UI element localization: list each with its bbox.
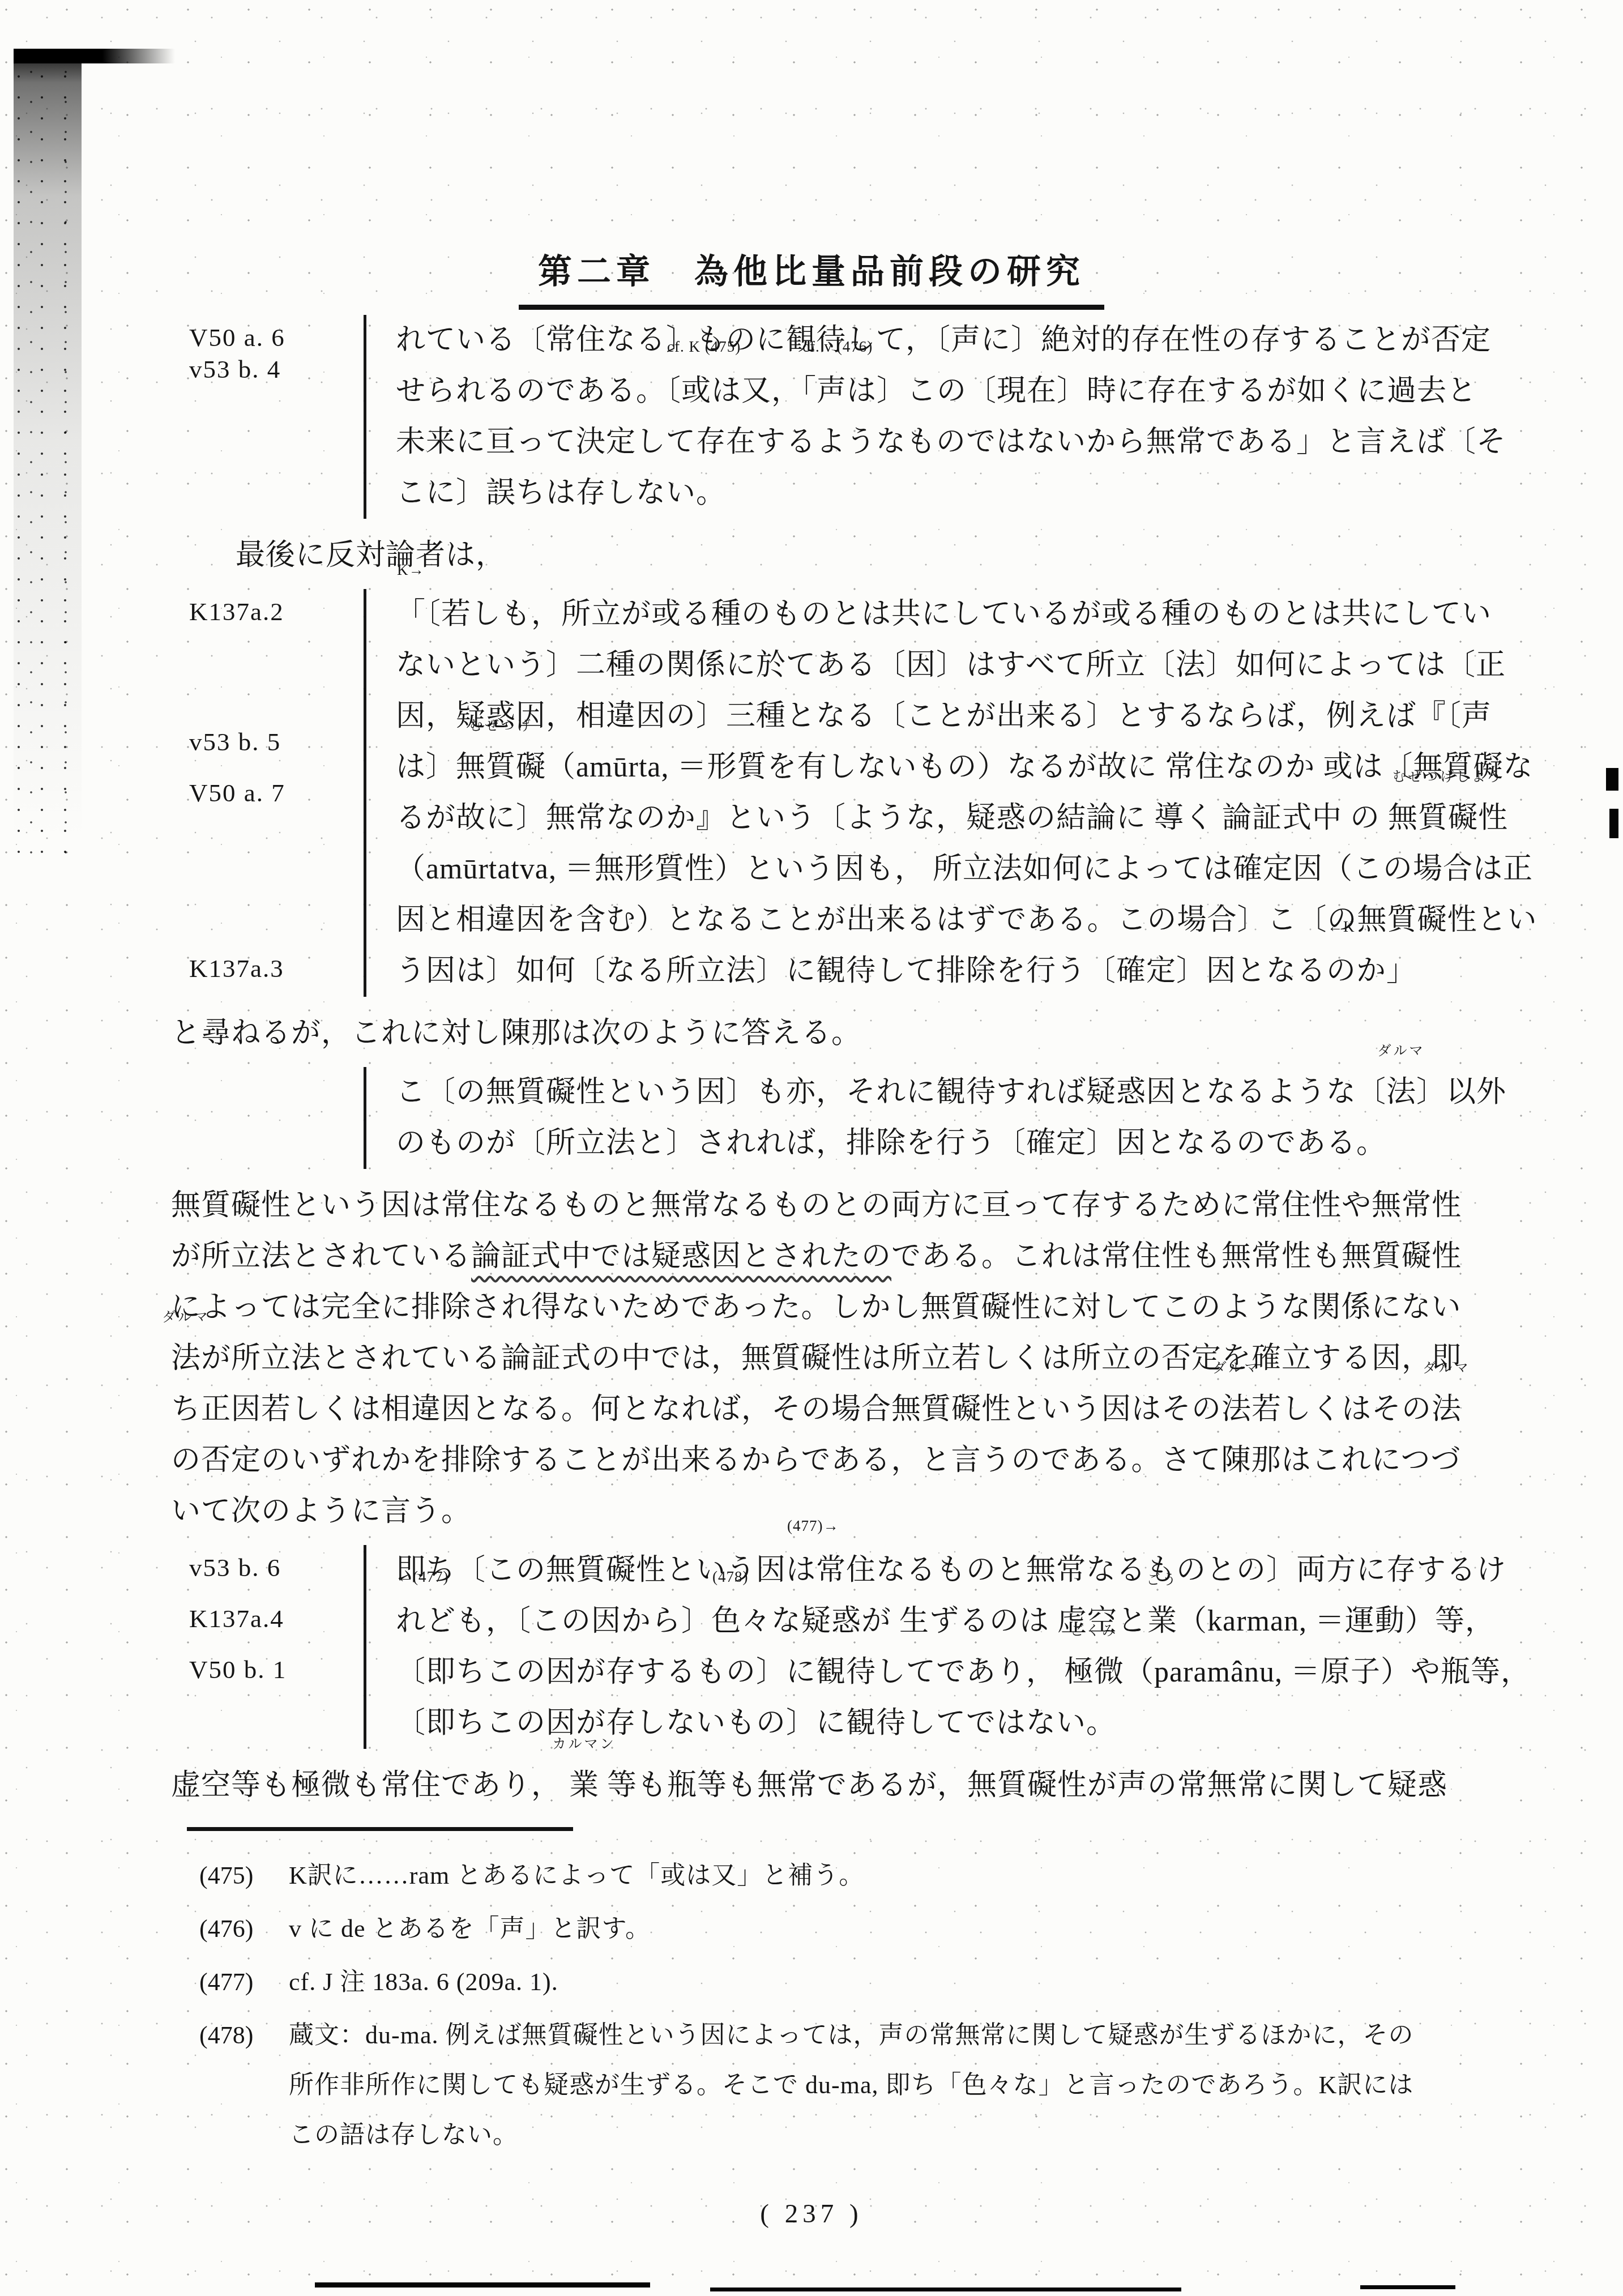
text-segment: （paramânu, ＝原子）や瓶等， <box>1124 1656 1531 1688</box>
text-line: 因と相違因を含む）となることが出来るはずである。この場合〕こ〔の無質礙性とい <box>396 895 1623 946</box>
quoted-passage-block: V50 a. 6v53 b. 4れている〔常住なる〕ものに観待して，〔声に〕絶対… <box>0 315 1623 519</box>
quoted-passage-block: v53 b. 6K137a.4V50 b. 1即ち〔この無質礙性という因(477… <box>0 1545 1623 1749</box>
chapter-title: 第二章 為他比量品前段の研究 <box>519 245 1104 310</box>
text-segment: が所立法とされている論証式の中では，無質礙性は所立若しくは所立の否定を確立する因… <box>201 1342 1462 1375</box>
text-segment: れている〔常住なる〕ものに観待して，〔声に〕絶対的存在性の存することが否定 <box>396 324 1491 356</box>
footnote-item: (476)v に de とあるを「声」と訳す。 <box>0 1904 1623 1954</box>
ruby-annotation: カルマン <box>553 1719 616 1770</box>
ruby-annotation: ダルマ <box>1213 1343 1261 1394</box>
scanned-book-page: 第二章 為他比量品前段の研究 V50 a. 6v53 b. 4れている〔常住なる… <box>0 0 1623 2296</box>
ruby-annotated-text: 無質礙むぜつげ <box>456 751 546 783</box>
footnote-number: (476) <box>199 1904 253 1954</box>
text-line: 未来に亘って決定して存在するようなものではないから無常である」と言えば〔そ <box>396 417 1623 468</box>
text-line: こに〕誤ちは存しない。 <box>396 468 1623 519</box>
pencil-underlined-text: 論証式中では疑惑因とされたの <box>471 1240 891 1273</box>
scan-artifact-right-dash <box>1609 809 1618 838</box>
footnote-text: K訳に……ram とあるによって「或は又」と補う。 <box>289 1851 1623 1901</box>
text-segment: 虚空等も極微も常住であり， <box>171 1769 569 1802</box>
text-lines: 虚空等も極微も常住であり， 業カルマン 等も瓶等も無常であるが，無質礙性が声の常… <box>0 1760 1623 1811</box>
text-line: （amūrtatva, ＝無形質性）という因も， 所立法如何によっては確定因（こ… <box>396 844 1623 895</box>
ruby-annotated-text: 法ダルマ <box>1432 1393 1462 1426</box>
text-line: 最後に反対論者は， <box>236 530 1623 581</box>
text-segment: 因，疑惑因，相違因の〕三種となる〔ことが出来る〕とするならば，例えば『〔声 <box>396 700 1492 732</box>
text-segment: によっては完全に排除され得ないためであった。しかし無質礙性に対してこのような関係… <box>171 1291 1461 1324</box>
footnote-item: (478)蔵文：du-ma. 例えば無質礙性という因によっては，声の常無常に関し… <box>0 2011 1623 2160</box>
text-segment: う因は〕如何〔なる所立法〕に観待して排除を行う〔確定〕因となる <box>396 955 1326 987</box>
text-line: ←(477)れども，〔この因から〕(478)色々な疑惑が 生ずるのは 虚空と業ご… <box>396 1596 1623 1647</box>
text-segment: 未来に亘って決定して存在するようなものではないから無常である」と言えば〔そ <box>396 426 1506 458</box>
text-segment: いて次のように言う。 <box>171 1495 471 1527</box>
margin-reference-label: K137a.3 <box>189 954 284 983</box>
text-segment: こ〔の無質礙性という因〕も亦，それに観待すれば疑惑因となるような〔 <box>396 1076 1386 1108</box>
page-number: ( 237 ) <box>0 2199 1623 2229</box>
text-segment: 若しくはその <box>1252 1393 1432 1426</box>
text-lines: 無質礙性という因は常住なるものと無常なるものとの両方に亘って存するために常住性や… <box>0 1180 1623 1537</box>
superscript-reference: cf. K (475) <box>667 321 741 372</box>
footnotes-area: (475)K訳に……ram とあるによって「或は又」と補う。(476)v に d… <box>0 1851 1623 2163</box>
text-line: いて次のように言う。 <box>171 1486 1623 1537</box>
superscript-reference: ←(477) <box>397 1551 449 1602</box>
margin-reference-label: V50 a. 7 <box>189 778 285 808</box>
text-segment: こに〕誤ちは存しない。 <box>396 477 726 509</box>
scan-artifact-bottom-line <box>710 2288 1181 2291</box>
text-line: こ〔の無質礙性という因〕も亦，それに観待すれば疑惑因となるような〔法ダルマ〕以外 <box>396 1067 1623 1118</box>
margin-reference-label: v53 b. 6 <box>189 1553 281 1582</box>
footnote-text: cf. J 注 183a. 6 (209a. 1). <box>289 1957 1623 2007</box>
text-line: ち正因若しくは相違因となる。何となれば，その場合無質礙性という因はその法ダルマ若… <box>171 1384 1623 1435</box>
text-segment: 〔即ちこの因が存しないもの〕に観待してではない。 <box>396 1707 1116 1739</box>
text-segment: ち正因若しくは相違因となる。何となれば，その場合無質礙性という因はその <box>171 1393 1221 1426</box>
ruby-annotated-text: 業ごう <box>1147 1605 1177 1637</box>
text-segment: るが故に〕無常なのか』という〔ような，疑惑の結論に 導く 論証式中 の <box>396 802 1388 834</box>
quoted-passage-block: K137a.2v53 b. 5V50 a. 7K137a.3K→「〔若しも，所立… <box>0 589 1623 997</box>
text-segment: 無質礙性という因は常住なるものと無常なるものとの両方に亘って存するために常住性や… <box>171 1189 1462 1222</box>
margin-reference-label: v53 b. 4 <box>189 355 281 384</box>
footnote-separator <box>187 1827 573 1831</box>
text-line: せられるのである。cf. K (475)〔或は又，cf. v (476)「声は〕… <box>396 366 1623 417</box>
scan-artifact-right-dash <box>1606 768 1618 791</box>
margin-reference-label: K137a.2 <box>189 597 284 626</box>
text-segment: ないという〕二種の関係に於てある〔因〕はすべて所立〔法〕如何によっては〔正 <box>396 649 1506 681</box>
text-lines: こ〔の無質礙性という因〕も亦，それに観待すれば疑惑因となるような〔法ダルマ〕以外… <box>364 1067 1623 1169</box>
body-text-area: V50 a. 6v53 b. 4れている〔常住なる〕ものに観待して，〔声に〕絶対… <box>0 315 1623 1819</box>
margin-reference-label: v53 b. 5 <box>189 727 281 757</box>
text-line: が所立法とされている論証式中では疑惑因とされたのである。これは常住性も無常性も無… <box>171 1231 1623 1282</box>
text-line: 法ダルマが所立法とされている論証式の中では，無質礙性は所立若しくは所立の否定を確… <box>171 1333 1623 1384</box>
text-segment: 「声は〕この〔現在〕時に存在するが如くに過去と <box>801 375 1477 407</box>
ruby-annotated-text: 業カルマン <box>569 1769 599 1802</box>
text-line: K→「〔若しも，所立が或る種のものとは共にしているが或る種のものとは共にしてい <box>396 589 1623 640</box>
ruby-annotated-text: 法ダルマ <box>171 1342 201 1375</box>
ruby-annotation: ダルマ <box>1423 1343 1471 1394</box>
quoted-passage-block: こ〔の無質礙性という因〕も亦，それに観待すれば疑惑因となるような〔法ダルマ〕以外… <box>0 1067 1623 1169</box>
footnote-line: 蔵文：du-ma. 例えば無質礙性という因によっては，声の常無常に関して疑惑が生… <box>289 2011 1623 2060</box>
text-line: の否定のいずれかを排除することが出来るからである，と言うのである。さて陳那はこれ… <box>171 1435 1623 1486</box>
text-line: るが故に〕無常なのか』という〔ような，疑惑の結論に 導く 論証式中 の 無質礙性… <box>396 793 1623 844</box>
text-line: 因，疑惑因，相違因の〕三種となる〔ことが出来る〕とするならば，例えば『〔声 <box>396 691 1623 742</box>
text-segment: 最後に反対論者は， <box>236 539 506 571</box>
footnote-number: (475) <box>199 1851 253 1901</box>
superscript-reference: cf. v (476) <box>802 321 873 372</box>
footnote-item: (475)K訳に……ram とあるによって「或は又」と補う。 <box>0 1851 1623 1901</box>
paragraph-block: 虚空等も極微も常住であり， 業カルマン 等も瓶等も無常であるが，無質礙性が声の常… <box>0 1760 1623 1811</box>
text-segment: の否定のいずれかを排除することが出来るからである，と言うのである。さて陳那はこれ… <box>171 1444 1460 1476</box>
footnote-line: K訳に……ram とあるによって「或は又」と補う。 <box>289 1851 1623 1901</box>
superscript-reference: K→ <box>397 544 425 595</box>
scan-artifact-bottom-line <box>1360 2285 1455 2289</box>
footnote-item: (477)cf. J 注 183a. 6 (209a. 1). <box>0 1957 1623 2007</box>
ruby-annotation: ダルマ <box>163 1292 210 1343</box>
ruby-annotated-text: 法ダルマ <box>1386 1076 1416 1108</box>
superscript-reference: ←K <box>1327 901 1355 952</box>
text-line: 〔即ちこの因が存するもの〕に観待してであり， 極微ごくみ（paramânu, ＝… <box>396 1647 1623 1698</box>
superscript-reference: (477)→ <box>787 1500 839 1551</box>
ruby-annotated-text: 法ダルマ <box>1221 1393 1252 1426</box>
footnote-line: v に de とあるを「声」と訳す。 <box>289 1904 1623 1954</box>
text-segment: （karman, ＝運動）等， <box>1177 1605 1495 1637</box>
text-segment: が所立法とされている <box>171 1240 471 1273</box>
footnote-line: cf. J 注 183a. 6 (209a. 1). <box>289 1957 1623 2007</box>
chapter-header: 第二章 為他比量品前段の研究 <box>0 245 1623 310</box>
text-segment: は〕 <box>396 751 456 783</box>
footnote-text: 蔵文：du-ma. 例えば無質礙性という因によっては，声の常無常に関して疑惑が生… <box>289 2011 1623 2160</box>
footnote-number: (478) <box>199 2011 253 2060</box>
text-segment: 因と相違因を含む）となることが出来るはずである。この場合〕こ〔の無質礙性とい <box>396 904 1537 936</box>
paragraph-block: 無質礙性という因は常住なるものと無常なるものとの両方に亘って存するために常住性や… <box>0 1180 1623 1537</box>
margin-reference-label: V50 b. 1 <box>189 1655 287 1684</box>
text-lines: K→「〔若しも，所立が或る種のものとは共にしているが或る種のものとは共にしていな… <box>364 589 1623 997</box>
superscript-reference: (478) <box>712 1551 748 1602</box>
text-segment: （amūrta, ＝形質を有しないもの）なるが故に 常住なのか 或は〔無質礙な <box>546 751 1533 783</box>
margin-reference-label: V50 a. 6 <box>189 323 285 352</box>
paragraph-block: 最後に反対論者は， <box>0 530 1623 581</box>
footnote-line: 所作非所作に関しても疑惑が生ずる。そこで du-ma, 即ち「色々な」と言ったの… <box>289 2060 1623 2110</box>
text-segment: 「〔若しも，所立が或る種のものとは共にしているが或る種のものとは共にしてい <box>396 598 1492 630</box>
text-segment: （amūrtatva, ＝無形質性）という因も， 所立法如何によっては確定因（こ… <box>396 853 1533 885</box>
scan-artifact-bottom-line <box>315 2282 650 2288</box>
text-line: 虚空等も極微も常住であり， 業カルマン 等も瓶等も無常であるが，無質礙性が声の常… <box>171 1760 1623 1811</box>
text-segment: と尋ねるが，これに対し陳那は次のように答える。 <box>171 1017 861 1049</box>
text-line: う因は〕如何〔なる所立法〕に観待して排除を行う〔確定〕因となる←Kのか」 <box>396 946 1623 997</box>
ruby-annotation: ごくみ <box>1070 1606 1118 1657</box>
text-segment: である。これは常住性も無常性も無質礙性 <box>891 1240 1462 1273</box>
text-segment: 等も瓶等も無常であるが，無質礙性が声の常無常に関して疑惑 <box>599 1769 1447 1802</box>
text-line: のものが〔所立法と〕されれば，排除を行う〔確定〕因となるのである。 <box>396 1118 1623 1169</box>
footnote-line: この語は存しない。 <box>289 2110 1623 2160</box>
ruby-annotation: ごう <box>1147 1555 1178 1606</box>
text-line: 無質礙性という因は常住なるものと無常なるものとの両方に亘って存するために常住性や… <box>171 1180 1623 1231</box>
ruby-annotated-text: 無質礙性むぜつげしよう <box>1388 802 1508 834</box>
text-lines: 即ち〔この無質礙性という因(477)→は常住なるものと無常なるものとの〕両方に存… <box>364 1545 1623 1749</box>
text-segment: れども，〔この因から〕 <box>396 1605 711 1637</box>
footnote-text: v に de とあるを「声」と訳す。 <box>289 1904 1623 1954</box>
text-segment: 〕以外 <box>1416 1076 1506 1108</box>
ruby-annotated-text: 極微ごくみ <box>1064 1656 1124 1688</box>
ruby-annotation: むぜつげ <box>469 701 533 752</box>
text-segment: せられるのである。 <box>396 375 666 407</box>
scan-artifact-corner-bar <box>14 49 175 63</box>
text-line: によっては完全に排除され得ないためであった。しかし無質礙性に対してこのような関係… <box>171 1282 1623 1333</box>
ruby-annotation: むぜつげしよう <box>1393 752 1504 803</box>
text-lines: 最後に反対論者は， <box>0 530 1623 581</box>
text-line: れている〔常住なる〕ものに観待して，〔声に〕絶対的存在性の存することが否定 <box>396 315 1623 366</box>
text-segment: のものが〔所立法と〕されれば，排除を行う〔確定〕因となるのである。 <box>396 1127 1386 1159</box>
text-line: ないという〕二種の関係に於てある〔因〕はすべて所立〔法〕如何によっては〔正 <box>396 640 1623 691</box>
text-segment: 〔即ちこの因が存するもの〕に観待してであり， <box>396 1656 1064 1688</box>
margin-reference-label: K137a.4 <box>189 1604 284 1633</box>
text-segment: 〔或は又， <box>666 375 801 407</box>
text-segment: のか」 <box>1326 955 1416 987</box>
ruby-annotation: ダルマ <box>1378 1026 1425 1077</box>
text-line: 即ち〔この無質礙性という因(477)→は常住なるものと無常なるものとの〕両方に存… <box>396 1545 1623 1596</box>
footnote-number: (477) <box>199 1957 253 2007</box>
text-lines: れている〔常住なる〕ものに観待して，〔声に〕絶対的存在性の存することが否定せられ… <box>364 315 1623 519</box>
